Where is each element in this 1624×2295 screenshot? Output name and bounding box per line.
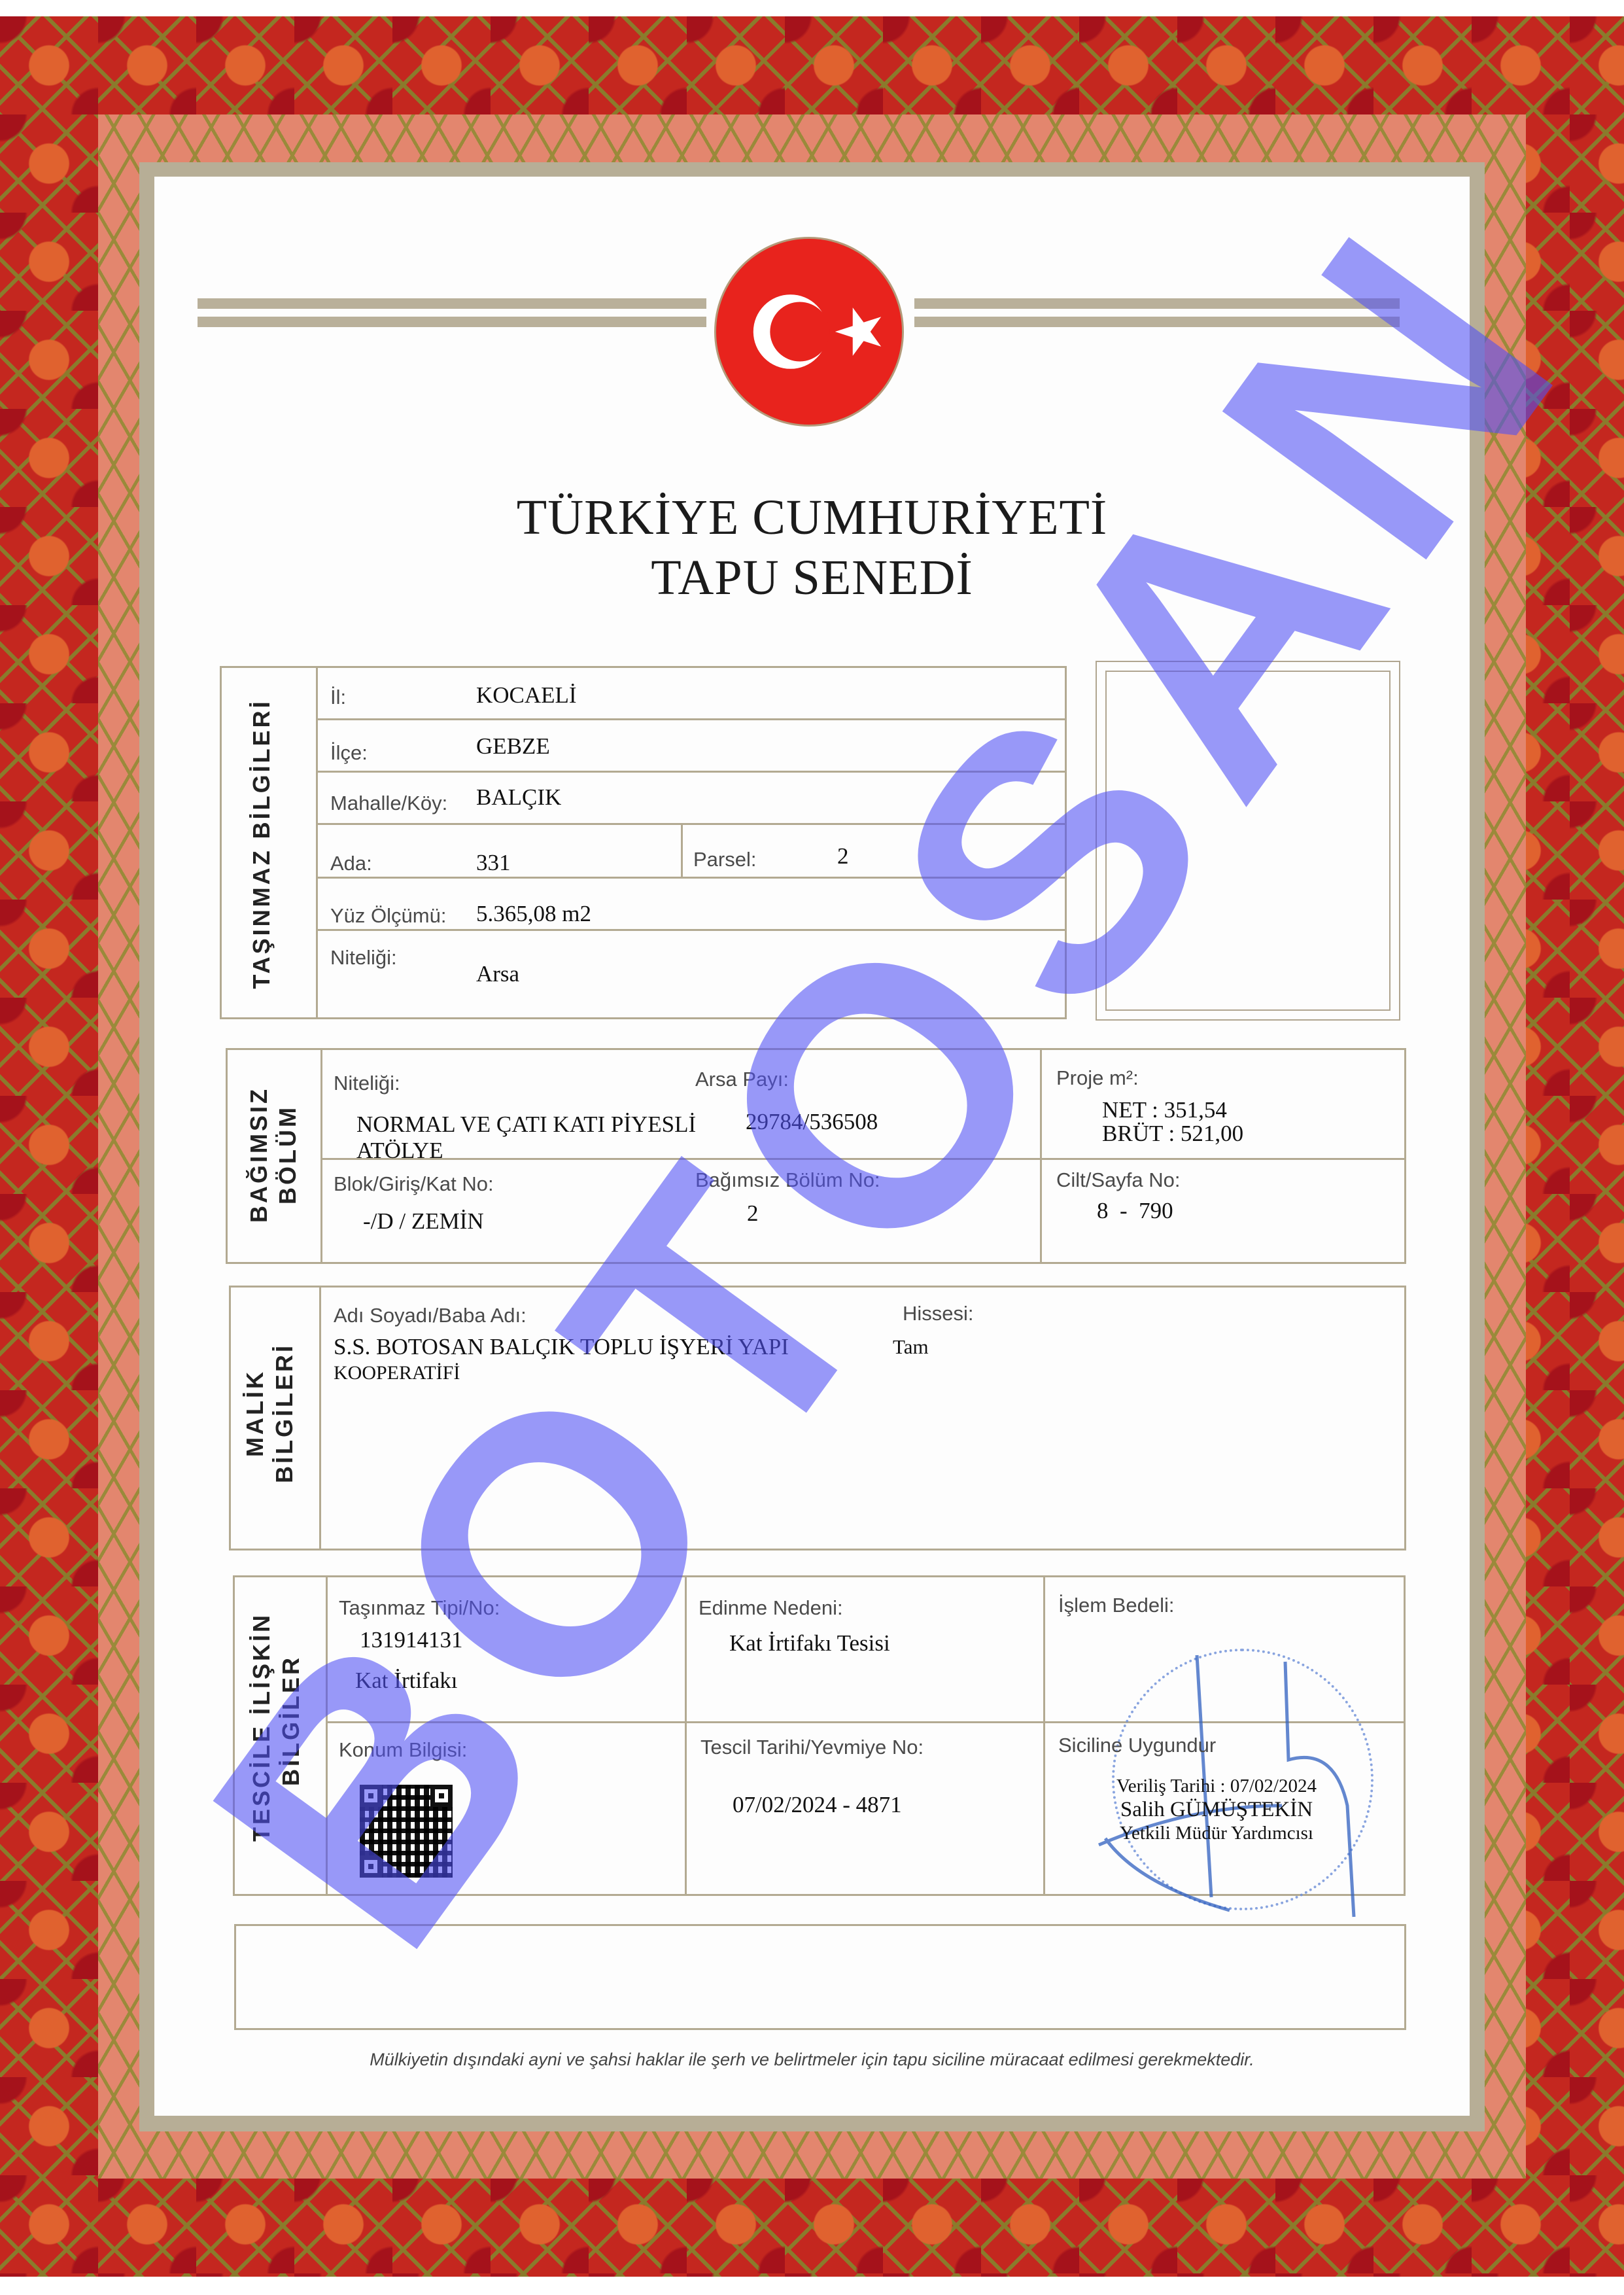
- niteligi-value: Arsa: [476, 962, 519, 987]
- tasinmaz-tipi-value: Kat İrtifakı: [355, 1668, 457, 1693]
- bagimsiz-title-2: BÖLÜM: [275, 1079, 301, 1230]
- mahalle-label: Mahalle/Köy:: [330, 792, 447, 815]
- hisse-label: Hissesi:: [903, 1302, 974, 1325]
- tescil-title-1: TESCİLE İLİŞKİN: [249, 1596, 275, 1858]
- mahalle-value: BALÇIK: [476, 785, 561, 810]
- ilce-value: GEBZE: [476, 734, 550, 759]
- footer-note: Mülkiyetin dışındaki ayni ve şahsi hakla…: [0, 2050, 1624, 2070]
- malik-ad-line2: KOOPERATİFİ: [334, 1361, 460, 1386]
- edinme-nedeni-label: Edinme Nedeni:: [699, 1596, 843, 1620]
- blok-label: Blok/Giriş/Kat No:: [334, 1172, 494, 1196]
- signature-block: Veriliş Tarihi : 07/02/2024 Salih GÜMÜŞT…: [1066, 1774, 1367, 1845]
- proje-m2-label: Proje m²:: [1056, 1066, 1139, 1090]
- header-stripe-right-bottom: [914, 317, 1400, 327]
- document-subtitle: TAPU SENEDİ: [0, 550, 1624, 606]
- parsel-value: 2: [837, 844, 849, 869]
- ilce-label: İlçe:: [330, 741, 368, 765]
- tasinmaz-section-title: TAŞINMAZ BİLGİLERİ: [249, 693, 275, 994]
- yuz-olcumu-label: Yüz Ölçümü:: [330, 904, 446, 928]
- bb-niteligi-label: Niteliği:: [334, 1072, 400, 1095]
- tasinmaz-tipi-label: Taşınmaz Tipi/No:: [339, 1596, 500, 1620]
- malik-title-2: BİLGİLERİ: [271, 1312, 298, 1515]
- blok-value: -/D / ZEMİN: [363, 1209, 484, 1234]
- net-area: NET : 351,54: [1102, 1098, 1227, 1123]
- malik-title-1: MALİK: [242, 1348, 268, 1479]
- ada-label: Ada:: [330, 852, 372, 875]
- konum-label: Konum Bilgisi:: [339, 1738, 467, 1762]
- verilis-tarihi: Veriliş Tarihi : 07/02/2024: [1066, 1774, 1367, 1798]
- document-title: TÜRKİYE CUMHURİYETİ: [0, 489, 1624, 546]
- crescent-star-icon: [714, 237, 904, 427]
- header-stripe-right-top: [914, 298, 1400, 309]
- signatory-title: Yetkili Müdür Yardımcısı: [1066, 1821, 1367, 1845]
- ada-value: 331: [476, 850, 511, 875]
- arsa-payi-value: 29784/536508: [746, 1110, 878, 1134]
- brut-area: BRÜT : 521,00: [1102, 1121, 1243, 1146]
- siciline-uygundur-label: Siciline Uygundur: [1058, 1734, 1216, 1757]
- header-stripe-left-top: [198, 298, 706, 309]
- il-value: KOCAELİ: [476, 683, 577, 708]
- hisse-value: Tam: [893, 1335, 929, 1359]
- cilt-value: 8 - 790: [1097, 1199, 1173, 1223]
- qr-code-icon[interactable]: [360, 1785, 453, 1878]
- bagimsiz-title-1: BAĞIMSIZ: [246, 1079, 272, 1230]
- signatory-name: Salih GÜMÜŞTEKİN: [1066, 1798, 1367, 1821]
- malik-ad-line1: S.S. BOTOSAN BALÇIK TOPLU İŞYERİ YAPI: [334, 1335, 789, 1359]
- cilt-label: Cilt/Sayfa No:: [1056, 1168, 1181, 1192]
- bb-niteligi-line2: ATÖLYE: [356, 1138, 443, 1163]
- arsa-payi-label: Arsa Payı:: [695, 1068, 789, 1091]
- niteligi-label: Niteliği:: [330, 946, 397, 970]
- header-stripe-left-bottom: [198, 317, 706, 327]
- islem-bedeli-label: İşlem Bedeli:: [1058, 1594, 1174, 1617]
- parsel-label: Parsel:: [693, 848, 756, 871]
- tasinmaz-no-value: 131914131: [360, 1628, 463, 1653]
- bb-no-value: 2: [747, 1201, 759, 1226]
- yuz-olcumu-value: 5.365,08 m2: [476, 902, 591, 926]
- bb-no-label: Bağımsız Bölüm No:: [695, 1168, 880, 1192]
- bb-niteligi-line1: NORMAL VE ÇATI KATI PİYESLİ: [356, 1112, 696, 1137]
- tescil-tarihi-label: Tescil Tarihi/Yevmiye No:: [700, 1736, 924, 1759]
- il-label: İl:: [330, 686, 346, 709]
- malik-ad-label: Adı Soyadı/Baba Adı:: [334, 1304, 527, 1327]
- photo-frame-inner: [1105, 671, 1391, 1011]
- tescil-tarihi-value: 07/02/2024 - 4871: [733, 1793, 902, 1817]
- tescil-title-2: BİLGİLER: [278, 1636, 304, 1806]
- remarks-box: [234, 1924, 1406, 2030]
- edinme-nedeni-value: Kat İrtifakı Tesisi: [729, 1631, 890, 1656]
